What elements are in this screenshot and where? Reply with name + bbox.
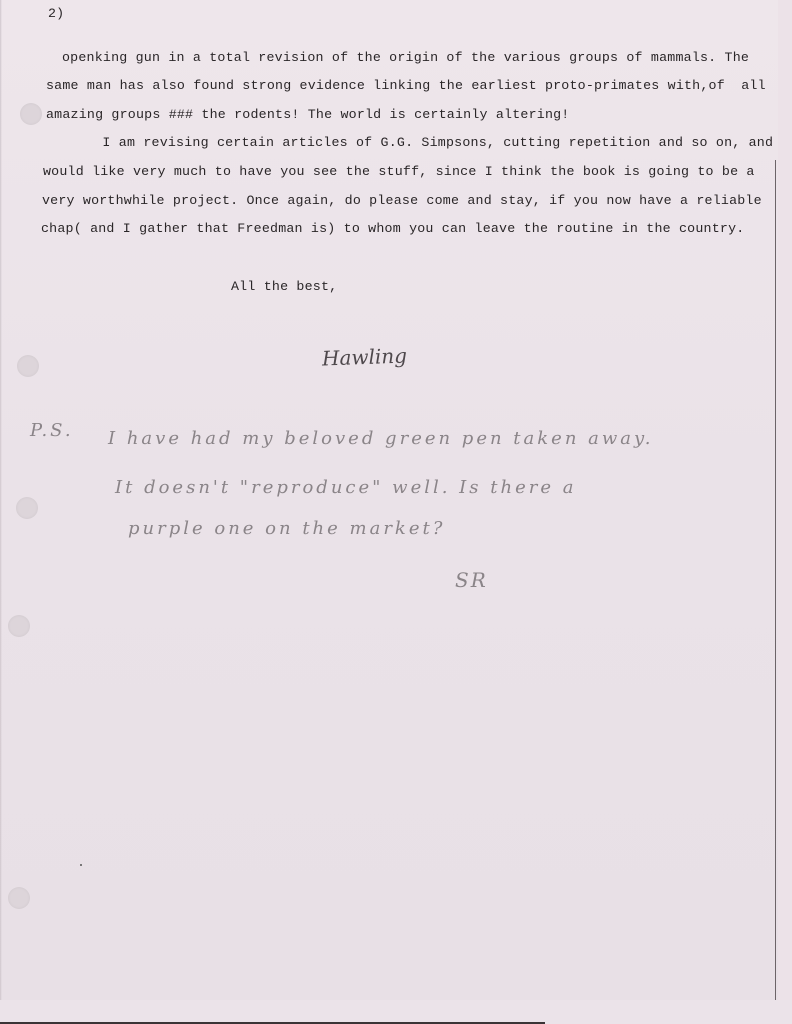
postscript-initials: SR [455, 568, 488, 592]
body-line: same man has also found strong evidence … [46, 78, 766, 93]
punch-hole [8, 887, 30, 909]
postscript-line: I have had my beloved green pen taken aw… [108, 428, 654, 449]
body-line: amazing groups ### the rodents! The worl… [46, 107, 569, 122]
closing: All the best, [231, 279, 337, 294]
punch-hole [17, 355, 39, 377]
postscript-line: purple one on the market? [128, 518, 445, 539]
body-line: chap( and I gather that Freedman is) to … [41, 221, 744, 236]
page-right-edge [775, 160, 776, 1000]
body-line: openking gun in a total revision of the … [62, 50, 749, 65]
punch-hole [8, 615, 30, 637]
punch-hole [16, 497, 38, 519]
page-left-edge [0, 0, 2, 1000]
postscript-label: P.S. [30, 420, 74, 441]
body-line: would like very much to have you see the… [43, 164, 755, 179]
punch-hole [20, 103, 42, 125]
scan-bottom-margin [0, 1000, 792, 1024]
scan-speck [80, 864, 82, 866]
body-line: very worthwhile project. Once again, do … [42, 193, 762, 208]
postscript-line: It doesn't "reproduce" well. Is there a [115, 477, 576, 498]
page-number: 2) [48, 6, 64, 21]
body-line: I am revising certain articles of G.G. S… [37, 135, 773, 150]
letter-page: 2) openking gun in a total revision of t… [0, 0, 778, 1000]
signature: Hawling [322, 344, 408, 371]
